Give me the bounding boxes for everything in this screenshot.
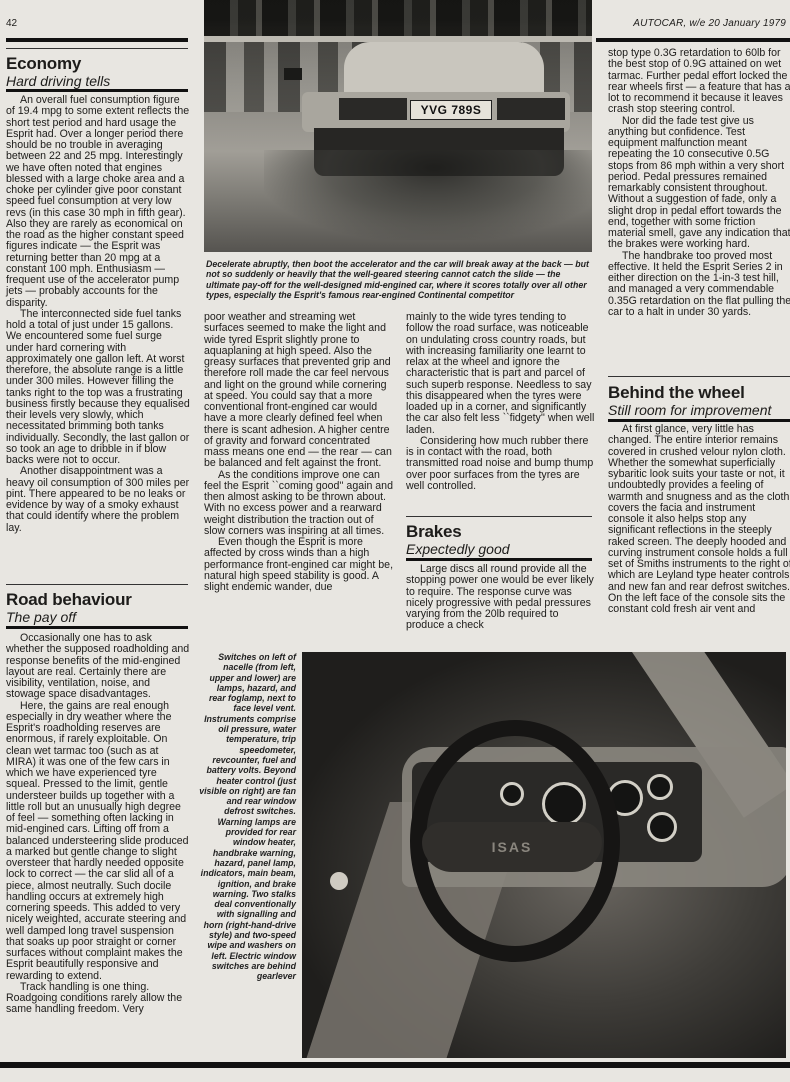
section-rule bbox=[608, 376, 790, 377]
economy-body: An overall fuel consumption figure of 19… bbox=[6, 95, 190, 534]
brakes-heading: Brakes bbox=[406, 522, 592, 541]
paragraph: Another disappointment was a heavy oil c… bbox=[6, 466, 190, 534]
paragraph: Large discs all round provide all the st… bbox=[406, 564, 596, 632]
steering-wheel-hub: ISAS bbox=[422, 822, 602, 872]
heading-rule bbox=[6, 626, 188, 629]
paragraph: stop type 0.3G retardation to 60lb for t… bbox=[608, 48, 790, 116]
car-photo: YVG 789S bbox=[204, 0, 592, 252]
interior-photo: ISAS bbox=[302, 652, 786, 1058]
road-behaviour-continued-col3: mainly to the wide tyres tending to foll… bbox=[406, 312, 596, 492]
car-roof bbox=[344, 42, 544, 97]
heading-rule bbox=[6, 89, 188, 92]
road-behaviour-subheading: The pay off bbox=[6, 609, 188, 625]
tree-line bbox=[204, 0, 592, 36]
paragraph: At first glance, very little has changed… bbox=[608, 424, 790, 615]
top-rule-col1 bbox=[6, 38, 188, 42]
economy-header: Economy Hard driving tells bbox=[6, 54, 188, 89]
gear-knob bbox=[330, 872, 348, 890]
brakes-continued: stop type 0.3G retardation to 60lb for t… bbox=[608, 48, 790, 318]
road-behaviour-header: Road behaviour The pay off bbox=[6, 590, 188, 625]
economy-heading: Economy bbox=[6, 54, 188, 73]
paragraph: As the conditions improve one can feel t… bbox=[204, 470, 394, 538]
behind-the-wheel-body: At first glance, very little has changed… bbox=[608, 424, 790, 615]
tail-light-right bbox=[497, 98, 565, 120]
heading-rule bbox=[608, 419, 790, 422]
paragraph: Even though the Esprit is more affected … bbox=[204, 537, 394, 593]
brakes-subheading: Expectedly good bbox=[406, 541, 592, 557]
road-behaviour-heading: Road behaviour bbox=[6, 590, 188, 609]
paragraph: Track handling is one thing. Roadgoing c… bbox=[6, 982, 190, 1016]
heading-rule bbox=[406, 558, 592, 561]
top-rule-col4 bbox=[596, 38, 790, 42]
running-head: AUTOCAR, w/e 20 January 1979 bbox=[633, 18, 786, 29]
behind-the-wheel-heading: Behind the wheel bbox=[608, 383, 790, 402]
number-plate: YVG 789S bbox=[410, 100, 492, 120]
paragraph: Occasionally one has to ask whether the … bbox=[6, 633, 190, 701]
small-gauge bbox=[647, 812, 677, 842]
road-behaviour-continued-col2: poor weather and streaming wet surfaces … bbox=[204, 312, 394, 593]
paragraph: poor weather and streaming wet surfaces … bbox=[204, 312, 394, 470]
road-behaviour-body: Occasionally one has to ask whether the … bbox=[6, 633, 190, 1016]
behind-the-wheel-subheading: Still room for improvement bbox=[608, 402, 790, 418]
paragraph: Nor did the fade test give us anything b… bbox=[608, 116, 790, 251]
paragraph: mainly to the wide tyres tending to foll… bbox=[406, 312, 596, 436]
small-gauge bbox=[647, 774, 673, 800]
wing-mirror bbox=[284, 68, 302, 80]
tail-light-left bbox=[339, 98, 407, 120]
water-spray bbox=[264, 150, 592, 240]
section-rule bbox=[6, 48, 188, 49]
paragraph: Here, the gains are real enough especial… bbox=[6, 701, 190, 982]
section-rule bbox=[6, 584, 188, 585]
paragraph: The interconnected side fuel tanks hold … bbox=[6, 309, 190, 467]
page-number: 42 bbox=[6, 18, 17, 29]
economy-subheading: Hard driving tells bbox=[6, 73, 188, 89]
paragraph: The handbrake too proved most effective.… bbox=[608, 251, 790, 319]
paragraph: An overall fuel consumption figure of 19… bbox=[6, 95, 190, 309]
car-photo-caption: Decelerate abruptly, then boot the accel… bbox=[206, 259, 590, 300]
behind-the-wheel-header: Behind the wheel Still room for improvem… bbox=[608, 383, 790, 418]
paragraph: Considering how much rubber there is in … bbox=[406, 436, 596, 492]
brakes-body: Large discs all round provide all the st… bbox=[406, 564, 596, 632]
brakes-header: Brakes Expectedly good bbox=[406, 522, 592, 557]
section-rule bbox=[406, 516, 592, 517]
bottom-rule bbox=[0, 1062, 790, 1068]
interior-photo-caption: Switches on left of nacelle (from left, … bbox=[198, 652, 296, 982]
